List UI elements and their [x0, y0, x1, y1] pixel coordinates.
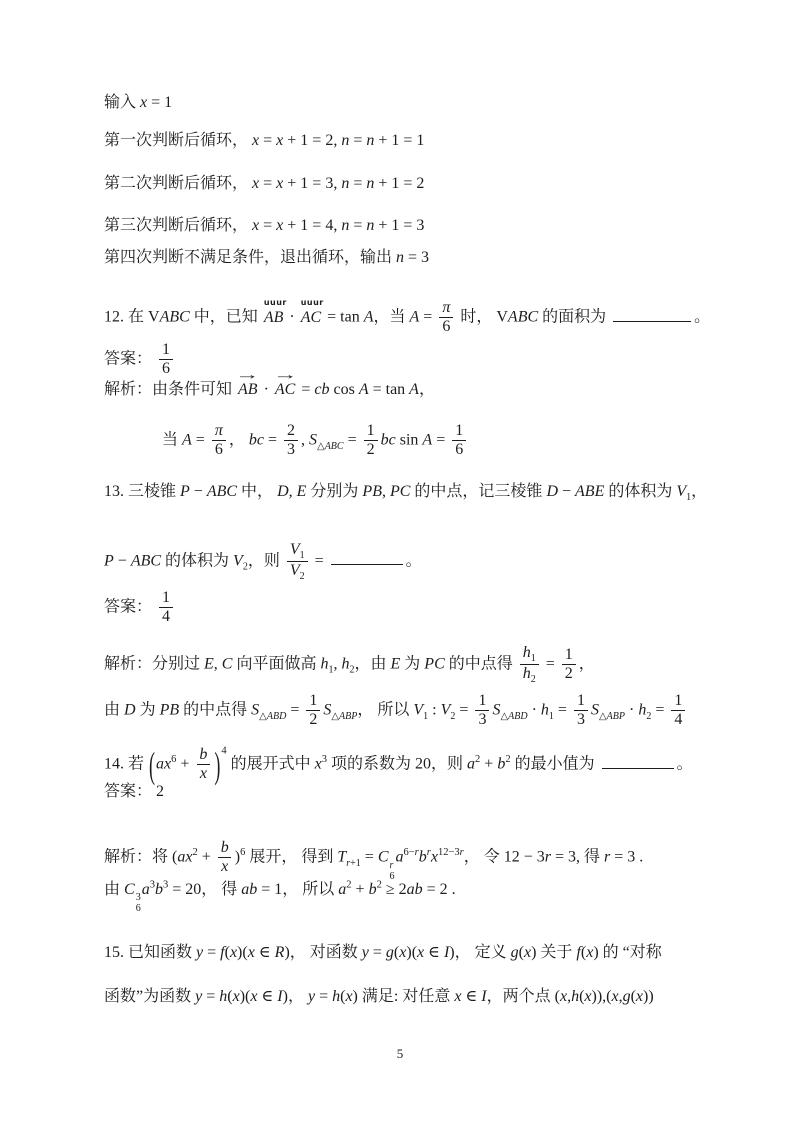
numerator: 1	[452, 422, 466, 440]
denominator: 3	[284, 440, 298, 459]
vector-arrow-glitch-icon: uuur	[301, 299, 321, 307]
math-text: 2	[367, 441, 375, 458]
math-variable: ABC	[207, 483, 237, 500]
math-text: = 1	[257, 881, 282, 898]
math-text: 12 − 3	[504, 849, 545, 866]
numerator: h1	[520, 644, 539, 664]
math-variable: g	[511, 944, 519, 961]
vector-expression: →AB	[238, 379, 258, 401]
fraction: 14	[671, 692, 685, 730]
text: 。	[677, 756, 693, 773]
text: ， 所以	[282, 881, 338, 898]
numerator: b	[218, 839, 232, 857]
q15-statement-line-2: 函数”为函数 y = h(x)(x ∈ I)， y = h(x) 满足: 对任意…	[104, 986, 654, 1008]
math-text: ∈	[257, 988, 277, 1005]
math-variable: x	[611, 988, 618, 1005]
numerator: 2	[284, 422, 298, 440]
subscript: 1	[531, 653, 536, 664]
text: 14. 若	[104, 756, 148, 773]
math-text: △	[317, 441, 325, 452]
math-variable: A	[182, 432, 192, 449]
math-text: =	[349, 175, 366, 192]
math-variable: AC	[275, 381, 295, 398]
text: 当	[162, 432, 182, 449]
q12-statement: 12. 在 VABC 中，已知 uuurAB · uuurAC = tan A，…	[104, 299, 710, 337]
math-variable: ax	[177, 849, 192, 866]
denominator: 3	[475, 710, 489, 729]
fraction: bx	[218, 839, 232, 877]
math-text: ∈	[424, 944, 444, 961]
q13-statement-line-2: P − ABC 的体积为 V2，则 V1V2 = 。	[104, 541, 422, 582]
math-variable: C	[124, 881, 135, 898]
text: ， 所以	[357, 702, 413, 719]
text: ，由	[354, 655, 390, 672]
math-text: 12−3	[438, 847, 460, 858]
math-text: V	[148, 309, 160, 326]
math-text: 1	[300, 550, 305, 561]
denominator: 2	[306, 710, 320, 729]
math-variable: ABC	[131, 552, 161, 569]
math-text: :	[428, 702, 440, 719]
math-variable: PC	[390, 483, 410, 500]
text: 的体积为	[161, 552, 233, 569]
subscript: 6	[136, 903, 141, 914]
numerator: 1	[562, 646, 576, 664]
math-text: ,	[301, 432, 309, 449]
math-variable: a	[142, 881, 150, 898]
math-text: sin	[396, 432, 423, 449]
subscript: △ABC	[317, 441, 344, 452]
math-variable: g	[386, 944, 394, 961]
text: 。	[694, 309, 710, 326]
math-text: + 1 = 2	[374, 175, 424, 192]
numerator: 1	[306, 692, 320, 710]
math-text: )(	[406, 944, 417, 961]
math-text: 1	[162, 589, 170, 606]
text: ，两个点	[487, 988, 555, 1005]
text: 得	[584, 849, 604, 866]
fraction: π6	[439, 299, 453, 337]
denominator: 2	[364, 440, 378, 459]
q13-answer: 答案： 14	[104, 589, 176, 627]
math-text: ,	[382, 483, 390, 500]
math-variable: b	[199, 746, 207, 763]
math-text: +1	[350, 858, 361, 869]
math-variable: b	[369, 881, 377, 898]
math-variable: S	[251, 702, 259, 719]
math-text: V	[496, 309, 508, 326]
math-text: 4	[162, 608, 170, 625]
vector-arrow-icon: →	[275, 368, 295, 381]
math-variable: b	[155, 881, 163, 898]
math-variable: h	[571, 988, 579, 1005]
math-variable: P	[104, 552, 114, 569]
math-text: +	[198, 849, 215, 866]
math-text: =	[203, 944, 220, 961]
arrow-glyph: uuur	[301, 299, 324, 307]
math-text: 1	[367, 422, 375, 439]
math-text: ,	[289, 483, 297, 500]
vector-expression: →AC	[275, 379, 295, 401]
numerator: 1	[159, 341, 173, 359]
text: 的中点，记三棱锥	[410, 483, 546, 500]
text: ，	[691, 483, 707, 500]
math-variable: h	[332, 988, 340, 1005]
math-variable: D	[124, 702, 136, 719]
subscript: r+1	[346, 858, 361, 869]
fraction: 16	[159, 341, 173, 379]
math-text: +	[176, 756, 193, 773]
subscript: △ABD	[259, 711, 286, 722]
math-variable: b	[221, 839, 229, 856]
text: 第一次判断后循环，	[104, 132, 252, 149]
text: 关于	[536, 944, 576, 961]
program-trace-step-1: 第一次判断后循环， x = x + 1 = 2, n = n + 1 = 1	[104, 130, 424, 152]
text: ，则	[248, 552, 284, 569]
math-variable: π	[442, 299, 450, 316]
math-text: = 1	[147, 94, 172, 111]
math-variable: a	[467, 756, 475, 773]
text: 展开， 得到	[245, 849, 337, 866]
subscript: 1	[300, 550, 305, 561]
math-text: =	[264, 432, 281, 449]
math-variable: y	[362, 944, 369, 961]
math-text: 1	[455, 422, 463, 439]
math-text: 6	[215, 441, 223, 458]
fraction: π6	[212, 422, 226, 460]
text: 解析：分别过	[104, 655, 204, 672]
answer-blank	[613, 306, 691, 322]
subscript: 2	[300, 571, 305, 582]
math-variable: x	[584, 988, 591, 1005]
math-variable: ABD	[267, 711, 286, 722]
text: 时，	[456, 309, 496, 326]
vector-expression: uuurAB	[264, 307, 284, 329]
subscript: △ABP	[331, 711, 357, 722]
math-text: ∈	[255, 944, 275, 961]
denominator: 4	[159, 607, 173, 626]
math-variable: x	[560, 988, 567, 1005]
math-text: 2	[300, 571, 305, 582]
math-variable: bc	[381, 432, 396, 449]
math-text: ,	[214, 655, 222, 672]
math-text: 2	[531, 674, 536, 685]
text: 的 “对称	[599, 944, 662, 961]
denominator: 6	[212, 440, 226, 459]
text: 第四次判断不满足条件，退出循环，输出	[104, 249, 396, 266]
text: ，	[288, 988, 308, 1005]
math-variable: ABP	[339, 711, 357, 722]
math-text: + 1 = 4,	[283, 217, 341, 234]
text: 满足: 对任意	[358, 988, 454, 1005]
math-variable: b	[419, 849, 427, 866]
math-text: =	[349, 217, 366, 234]
arrow-glyph: →	[273, 368, 298, 381]
answer-blank	[602, 753, 674, 769]
math-text: ≥ 2	[382, 881, 407, 898]
q14-analysis-line-1: 解析：将 (ax2 + bx)6 展开， 得到 Tr+1 = Cr6a6−rbr…	[104, 839, 643, 882]
math-variable: V	[290, 541, 300, 558]
math-text: ·	[260, 381, 273, 398]
denominator: x	[197, 764, 210, 783]
math-variable: D	[546, 483, 558, 500]
superscript: 6−r	[403, 847, 418, 858]
math-text: = 3	[404, 249, 429, 266]
text: 的展开式中	[227, 756, 315, 773]
fraction: 12	[306, 692, 320, 730]
math-text: 6	[162, 360, 170, 377]
math-variable: C	[378, 849, 389, 866]
text: 答案：	[104, 351, 156, 368]
math-variable: h	[523, 665, 531, 682]
math-text: 3	[577, 711, 585, 728]
math-variable: ABC	[508, 309, 538, 326]
math-text: = 3,	[551, 849, 584, 866]
math-text: + 1 = 2,	[283, 132, 341, 149]
math-text: )(	[240, 988, 251, 1005]
q14-answer: 答案： 2	[104, 781, 164, 803]
superscript: 12−3r	[438, 847, 464, 858]
math-variable: h	[523, 644, 531, 661]
numerator: 1	[671, 692, 685, 710]
math-variable: A	[364, 309, 374, 326]
text: 12. 在	[104, 309, 148, 326]
superscript: r	[389, 860, 393, 871]
math-variable: V	[676, 483, 686, 500]
text: 的中点得	[179, 702, 251, 719]
math-text: =	[432, 432, 449, 449]
math-text: =	[311, 552, 328, 569]
math-text: cos	[329, 381, 358, 398]
denominator: 2	[562, 664, 576, 683]
text: ， 令	[464, 849, 504, 866]
math-text: 3	[136, 892, 141, 903]
fraction: 14	[159, 589, 173, 627]
q12-answer: 答案： 16	[104, 341, 176, 379]
arrow-glyph: uuur	[264, 299, 287, 307]
text: 第三次判断后循环，	[104, 217, 252, 234]
math-variable: x	[233, 988, 240, 1005]
math-variable: V	[233, 552, 243, 569]
numerator: 1	[574, 692, 588, 710]
math-variable: cb	[314, 381, 329, 398]
superscript: 3	[136, 892, 141, 903]
math-text: =	[542, 655, 559, 672]
math-text: =	[455, 702, 472, 719]
math-text: =	[349, 132, 366, 149]
math-variable: C	[222, 655, 233, 672]
big-paren: )	[214, 742, 220, 787]
math-text: 1	[674, 692, 682, 709]
text: 15. 已知函数	[104, 944, 196, 961]
sup-sub-stack: 36	[136, 892, 141, 914]
denominator: V2	[287, 561, 308, 582]
text: ， 得	[201, 881, 241, 898]
math-variable: A	[409, 381, 419, 398]
text: 第二次判断后循环，	[104, 175, 252, 192]
program-trace-step-3: 第三次判断后循环， x = x + 1 = 4, n = n + 1 = 3	[104, 215, 424, 237]
math-variable: AC	[301, 309, 321, 326]
text: 中，已知	[190, 309, 262, 326]
text: 中，	[237, 483, 277, 500]
text: 解析：由条件可知	[104, 381, 236, 398]
math-text: )(	[237, 944, 248, 961]
math-text: = 3 .	[610, 849, 643, 866]
math-variable: bc	[249, 432, 264, 449]
math-variable: h	[541, 702, 549, 719]
text: 答案： 2	[104, 783, 164, 800]
text: ，当	[374, 309, 410, 326]
program-trace-input: 输入 x = 1	[104, 92, 172, 114]
q14-statement: 14. 若 (ax6 + bx)4 的展开式中 x3 项的系数为 20，则 a2…	[104, 746, 693, 784]
math-variable: E	[297, 483, 307, 500]
math-text: =	[344, 432, 361, 449]
fraction: V1V2	[287, 541, 308, 582]
math-variable: ax	[156, 756, 171, 773]
math-text: =	[259, 217, 276, 234]
fraction: 12	[364, 422, 378, 460]
math-variable: D	[277, 483, 289, 500]
text: 13. 三棱锥	[104, 483, 180, 500]
math-text: + 1 = 1	[374, 132, 424, 149]
fraction: bx	[196, 746, 210, 784]
math-variable: y	[308, 988, 315, 1005]
numerator: 1	[475, 692, 489, 710]
subscript: △ABP	[599, 711, 625, 722]
math-text: △	[331, 711, 339, 722]
denominator: 6	[439, 317, 453, 336]
q12-analysis-line-2: 当 A = π6， bc = 23, S△ABC = 12bc sin A = …	[162, 422, 469, 460]
denominator: 4	[671, 710, 685, 729]
numerator: π	[212, 422, 226, 440]
math-text: −	[558, 483, 575, 500]
math-text: =	[202, 988, 219, 1005]
math-variable: T	[337, 849, 346, 866]
subscript: 2	[531, 674, 536, 685]
math-text: −	[114, 552, 131, 569]
math-text: =	[259, 175, 276, 192]
program-trace-output: 第四次判断不满足条件，退出循环，输出 n = 3	[104, 247, 429, 269]
math-text: 2	[565, 665, 573, 682]
math-text: 6	[136, 903, 141, 914]
math-text: 1	[309, 692, 317, 709]
math-text: △	[259, 711, 267, 722]
math-variable: ABP	[607, 711, 625, 722]
math-variable: V	[290, 562, 300, 579]
math-variable: π	[215, 422, 223, 439]
math-variable: x	[636, 988, 643, 1005]
document-page: 输入 x = 1 第一次判断后循环， x = x + 1 = 2, n = n …	[0, 0, 800, 1131]
fraction: 16	[452, 422, 466, 460]
math-variable: ABC	[160, 309, 190, 326]
fraction: h1h2	[520, 644, 539, 685]
denominator: x	[218, 857, 231, 876]
math-variable: ab	[241, 881, 257, 898]
numerator: 1	[159, 589, 173, 607]
text: 函数”为函数	[104, 988, 195, 1005]
denominator: 6	[159, 359, 173, 378]
math-text: △	[500, 711, 508, 722]
math-text: =	[315, 988, 332, 1005]
math-variable: PB	[160, 702, 180, 719]
math-text: = 20	[168, 881, 201, 898]
program-trace-step-2: 第二次判断后循环， x = x + 1 = 3, n = n + 1 = 2	[104, 173, 424, 195]
math-text: 2	[287, 422, 295, 439]
math-text: =	[286, 702, 303, 719]
math-variable: n	[396, 249, 404, 266]
q12-analysis-line-1: 解析：由条件可知 →AB · →AC = cb cos A = tan A，	[104, 379, 435, 401]
q13-analysis-line-1: 解析：分别过 E, C 向平面做高 h1, h2，由 E 为 PC 的中点得 h…	[104, 644, 595, 685]
math-text: +	[352, 881, 369, 898]
math-text: 3	[287, 441, 295, 458]
answer-blank	[331, 549, 403, 565]
text: ，	[579, 655, 595, 672]
numerator: π	[439, 299, 453, 317]
math-text: ·	[625, 702, 638, 719]
math-text: 1	[162, 341, 170, 358]
math-text: + 1 = 3	[374, 217, 424, 234]
text: 为	[136, 702, 160, 719]
fraction: 23	[284, 422, 298, 460]
math-text: =	[419, 309, 436, 326]
numerator: b	[196, 746, 210, 764]
math-variable: x	[524, 944, 531, 961]
q15-statement-line-1: 15. 已知函数 y = f(x)(x ∈ R)， 对函数 y = g(x)(x…	[104, 942, 662, 964]
math-text: ·	[285, 309, 298, 326]
denominator: h2	[520, 664, 539, 685]
math-variable: V	[413, 702, 423, 719]
vector-expression: uuurAC	[301, 307, 321, 329]
text: 的中点得	[445, 655, 517, 672]
math-text: 3	[478, 711, 486, 728]
math-text: =	[369, 944, 386, 961]
fraction: 12	[562, 646, 576, 684]
math-text: =	[259, 132, 276, 149]
math-variable: x	[315, 756, 322, 773]
text: 。	[406, 552, 422, 569]
math-variable: x	[431, 849, 438, 866]
math-variable: S	[309, 432, 317, 449]
math-text: 2	[309, 711, 317, 728]
math-text: + 1 = 3,	[283, 175, 341, 192]
math-variable: V	[441, 702, 451, 719]
math-text: ))	[643, 988, 654, 1005]
arrow-glyph: →	[235, 368, 260, 381]
math-variable: ab	[407, 881, 423, 898]
text: 输入	[104, 94, 140, 111]
math-text: =	[192, 432, 209, 449]
math-text: +	[480, 756, 497, 773]
math-variable: ABE	[575, 483, 604, 500]
q14-analysis-line-2: 由 C36a3b3 = 20， 得 ab = 1， 所以 a2 + b2 ≥ 2…	[104, 879, 456, 914]
math-variable: A	[359, 381, 369, 398]
math-text: 6	[442, 318, 450, 335]
page-number: 5	[0, 1046, 800, 1062]
vector-arrow-glitch-icon: uuur	[264, 299, 284, 307]
math-text: 6	[455, 441, 463, 458]
math-text: 6−	[403, 847, 414, 858]
fraction: 13	[475, 692, 489, 730]
numerator: V1	[287, 541, 308, 561]
math-variable: x	[230, 944, 237, 961]
math-text: =	[651, 702, 668, 719]
denominator: 6	[452, 440, 466, 459]
text: 由	[104, 881, 124, 898]
math-text: 1	[531, 653, 536, 664]
math-text: = tan	[323, 309, 364, 326]
text: 的面积为	[538, 309, 610, 326]
math-variable: AB	[238, 381, 258, 398]
